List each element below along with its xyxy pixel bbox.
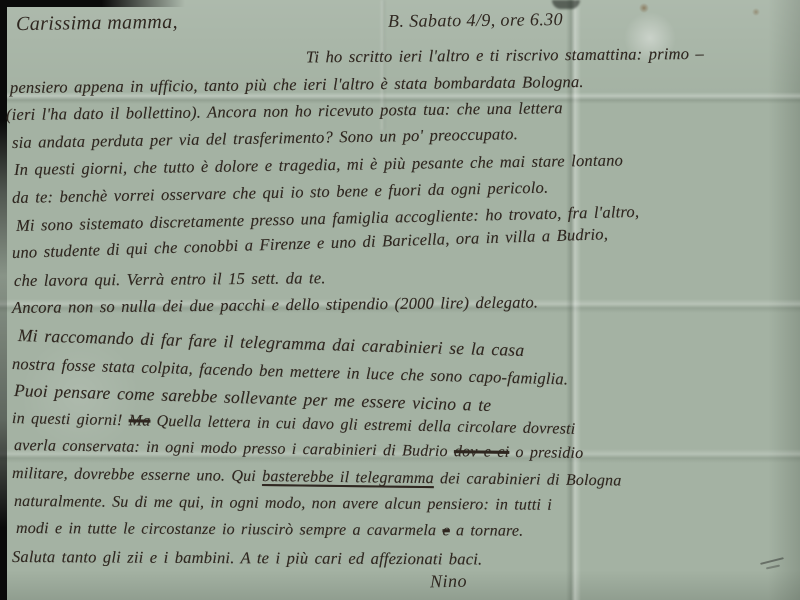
fold-notch <box>552 0 580 9</box>
letter-scan: Carissima mamma, B. Sabato 4/9, ore 6.30… <box>0 0 800 600</box>
letter-salutation: Carissima mamma, <box>16 11 178 36</box>
letter-segment: modi e in tutte le circostanze io riusci… <box>16 520 443 539</box>
letter-segment: Ancora non so nulla dei due pacchi e del… <box>12 293 538 318</box>
letter-segment: a tornare. <box>450 522 524 539</box>
scan-edge-left <box>0 0 7 600</box>
letter-segment: o presidio <box>509 444 583 462</box>
letter-segment: Quella lettera in cui davo gli estremi d… <box>150 412 575 437</box>
letter-segment: averla conservata: in ogni modo presso i… <box>14 437 454 460</box>
letter-segment: dei carabinieri di Bologna <box>434 470 622 489</box>
letter-segment: militare, dovrebbe esserne uno. Qui <box>12 465 262 485</box>
letter-segment: Ti ho scritto ieri l'altro e ti riscrivo… <box>306 44 704 66</box>
letter-line: modi e in tutte le circostanze io riusci… <box>16 515 794 547</box>
letter-signature: Nino <box>430 571 467 593</box>
letter-segment: naturalmente. Su di me qui, in ogni modo… <box>14 493 552 514</box>
letter-line: Saluta tanto gli zii e i bambini. A te i… <box>12 543 794 575</box>
letter-segment: Saluta tanto gli zii e i bambini. A te i… <box>12 547 482 568</box>
letter-body: Ti ho scritto ieri l'altro e ti riscrivo… <box>10 46 794 592</box>
letter-segment-strike: dov e ci <box>454 443 510 461</box>
letter-segment: pensiero appena in ufficio, tanto più ch… <box>10 72 584 97</box>
letter-dateline: B. Sabato 4/9, ore 6.30 <box>388 9 563 32</box>
letter-segment: in questi giorni! <box>12 410 129 429</box>
letter-segment: che lavora qui. Verrà entro il 15 sett. … <box>14 268 326 290</box>
letter-segment: sia andata perduta per via del trasferim… <box>12 124 518 152</box>
scan-edge-top <box>0 0 185 7</box>
letter-segment-strike: Ma <box>129 412 151 429</box>
letter-segment-underline: basterebbe il telegramma <box>262 468 434 487</box>
letter-segment-strike: e <box>442 522 449 539</box>
